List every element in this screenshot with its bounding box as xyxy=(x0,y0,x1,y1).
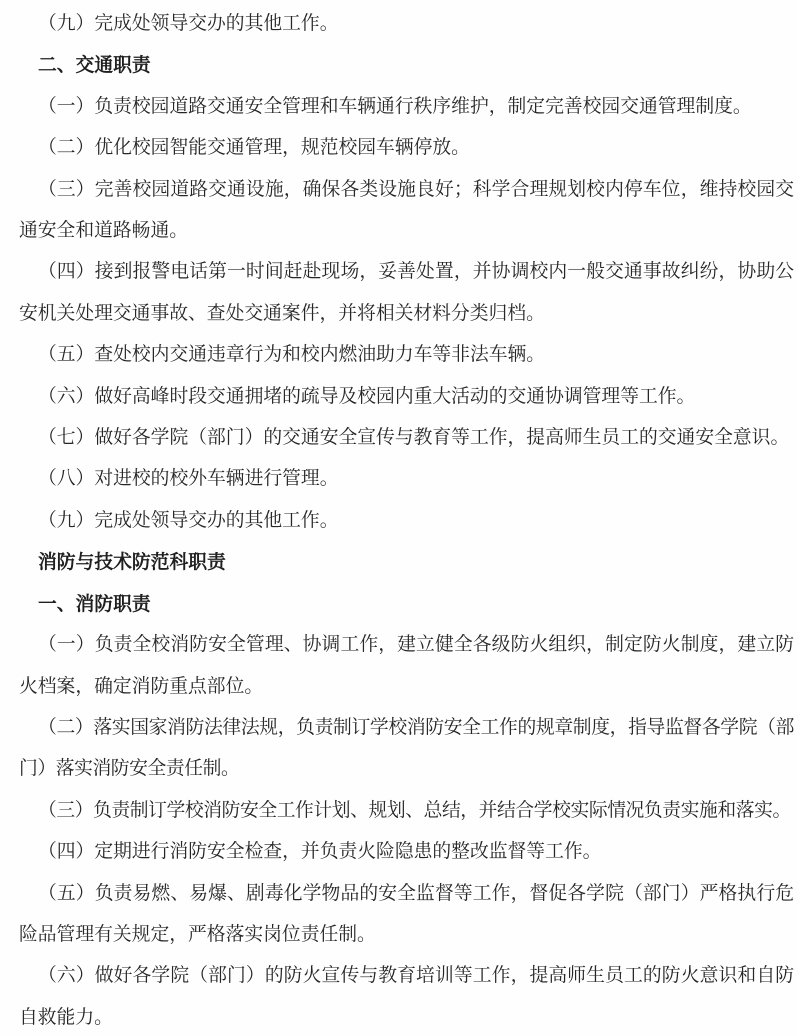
document-body: （九）完成处领导交办的其他工作。二、交通职责（一）负责校园道路交通安全管理和车辆… xyxy=(19,3,794,1036)
body-paragraph: （四）定期进行消防安全检查，并负责火险隐患的整改监督等工作。 xyxy=(19,831,794,872)
section-heading: 二、交通职责 xyxy=(19,44,794,85)
document-page: （九）完成处领导交办的其他工作。二、交通职责（一）负责校园道路交通安全管理和车辆… xyxy=(0,0,799,1036)
body-paragraph: （四）接到报警电话第一时间赶赴现场，妥善处置，并协调校内一般交通事故纠纷，协助公… xyxy=(19,251,794,334)
body-paragraph: （九）完成处领导交办的其他工作。 xyxy=(19,500,794,541)
section-heading: 消防与技术防范科职责 xyxy=(19,541,794,582)
body-paragraph: （三）完善校园道路交通设施，确保各类设施良好；科学合理规划校内停车位，维持校园交… xyxy=(19,169,794,252)
body-paragraph: （二）优化校园智能交通管理，规范校园车辆停放。 xyxy=(19,127,794,168)
body-paragraph: （八）对进校的校外车辆进行管理。 xyxy=(19,458,794,499)
body-paragraph: （一）负责全校消防安全管理、协调工作，建立健全各级防火组织，制定防火制度，建立防… xyxy=(19,624,794,707)
body-paragraph: （六）做好高峰时段交通拥堵的疏导及校园内重大活动的交通协调管理等工作。 xyxy=(19,376,794,417)
body-paragraph: （五）负责易燃、易爆、剧毒化学物品的安全监督等工作，督促各学院（部门）严格执行危… xyxy=(19,873,794,956)
body-paragraph: （二）落实国家消防法律法规，负责制订学校消防安全工作的规章制度，指导监督各学院（… xyxy=(19,707,794,790)
body-paragraph: （六）做好各学院（部门）的防火宣传与教育培训等工作，提高师生员工的防火意识和自防… xyxy=(19,955,794,1036)
body-paragraph: （五）查处校内交通违章行为和校内燃油助力车等非法车辆。 xyxy=(19,334,794,375)
body-paragraph: （七）做好各学院（部门）的交通安全宣传与教育等工作，提高师生员工的交通安全意识。 xyxy=(19,417,794,458)
body-paragraph: （一）负责校园道路交通安全管理和车辆通行秩序维护，制定完善校园交通管理制度。 xyxy=(19,86,794,127)
section-heading: 一、消防职责 xyxy=(19,583,794,624)
body-paragraph: （三）负责制订学校消防安全工作计划、规划、总结，并结合学校实际情况负责实施和落实… xyxy=(19,790,794,831)
body-paragraph: （九）完成处领导交办的其他工作。 xyxy=(19,3,794,44)
